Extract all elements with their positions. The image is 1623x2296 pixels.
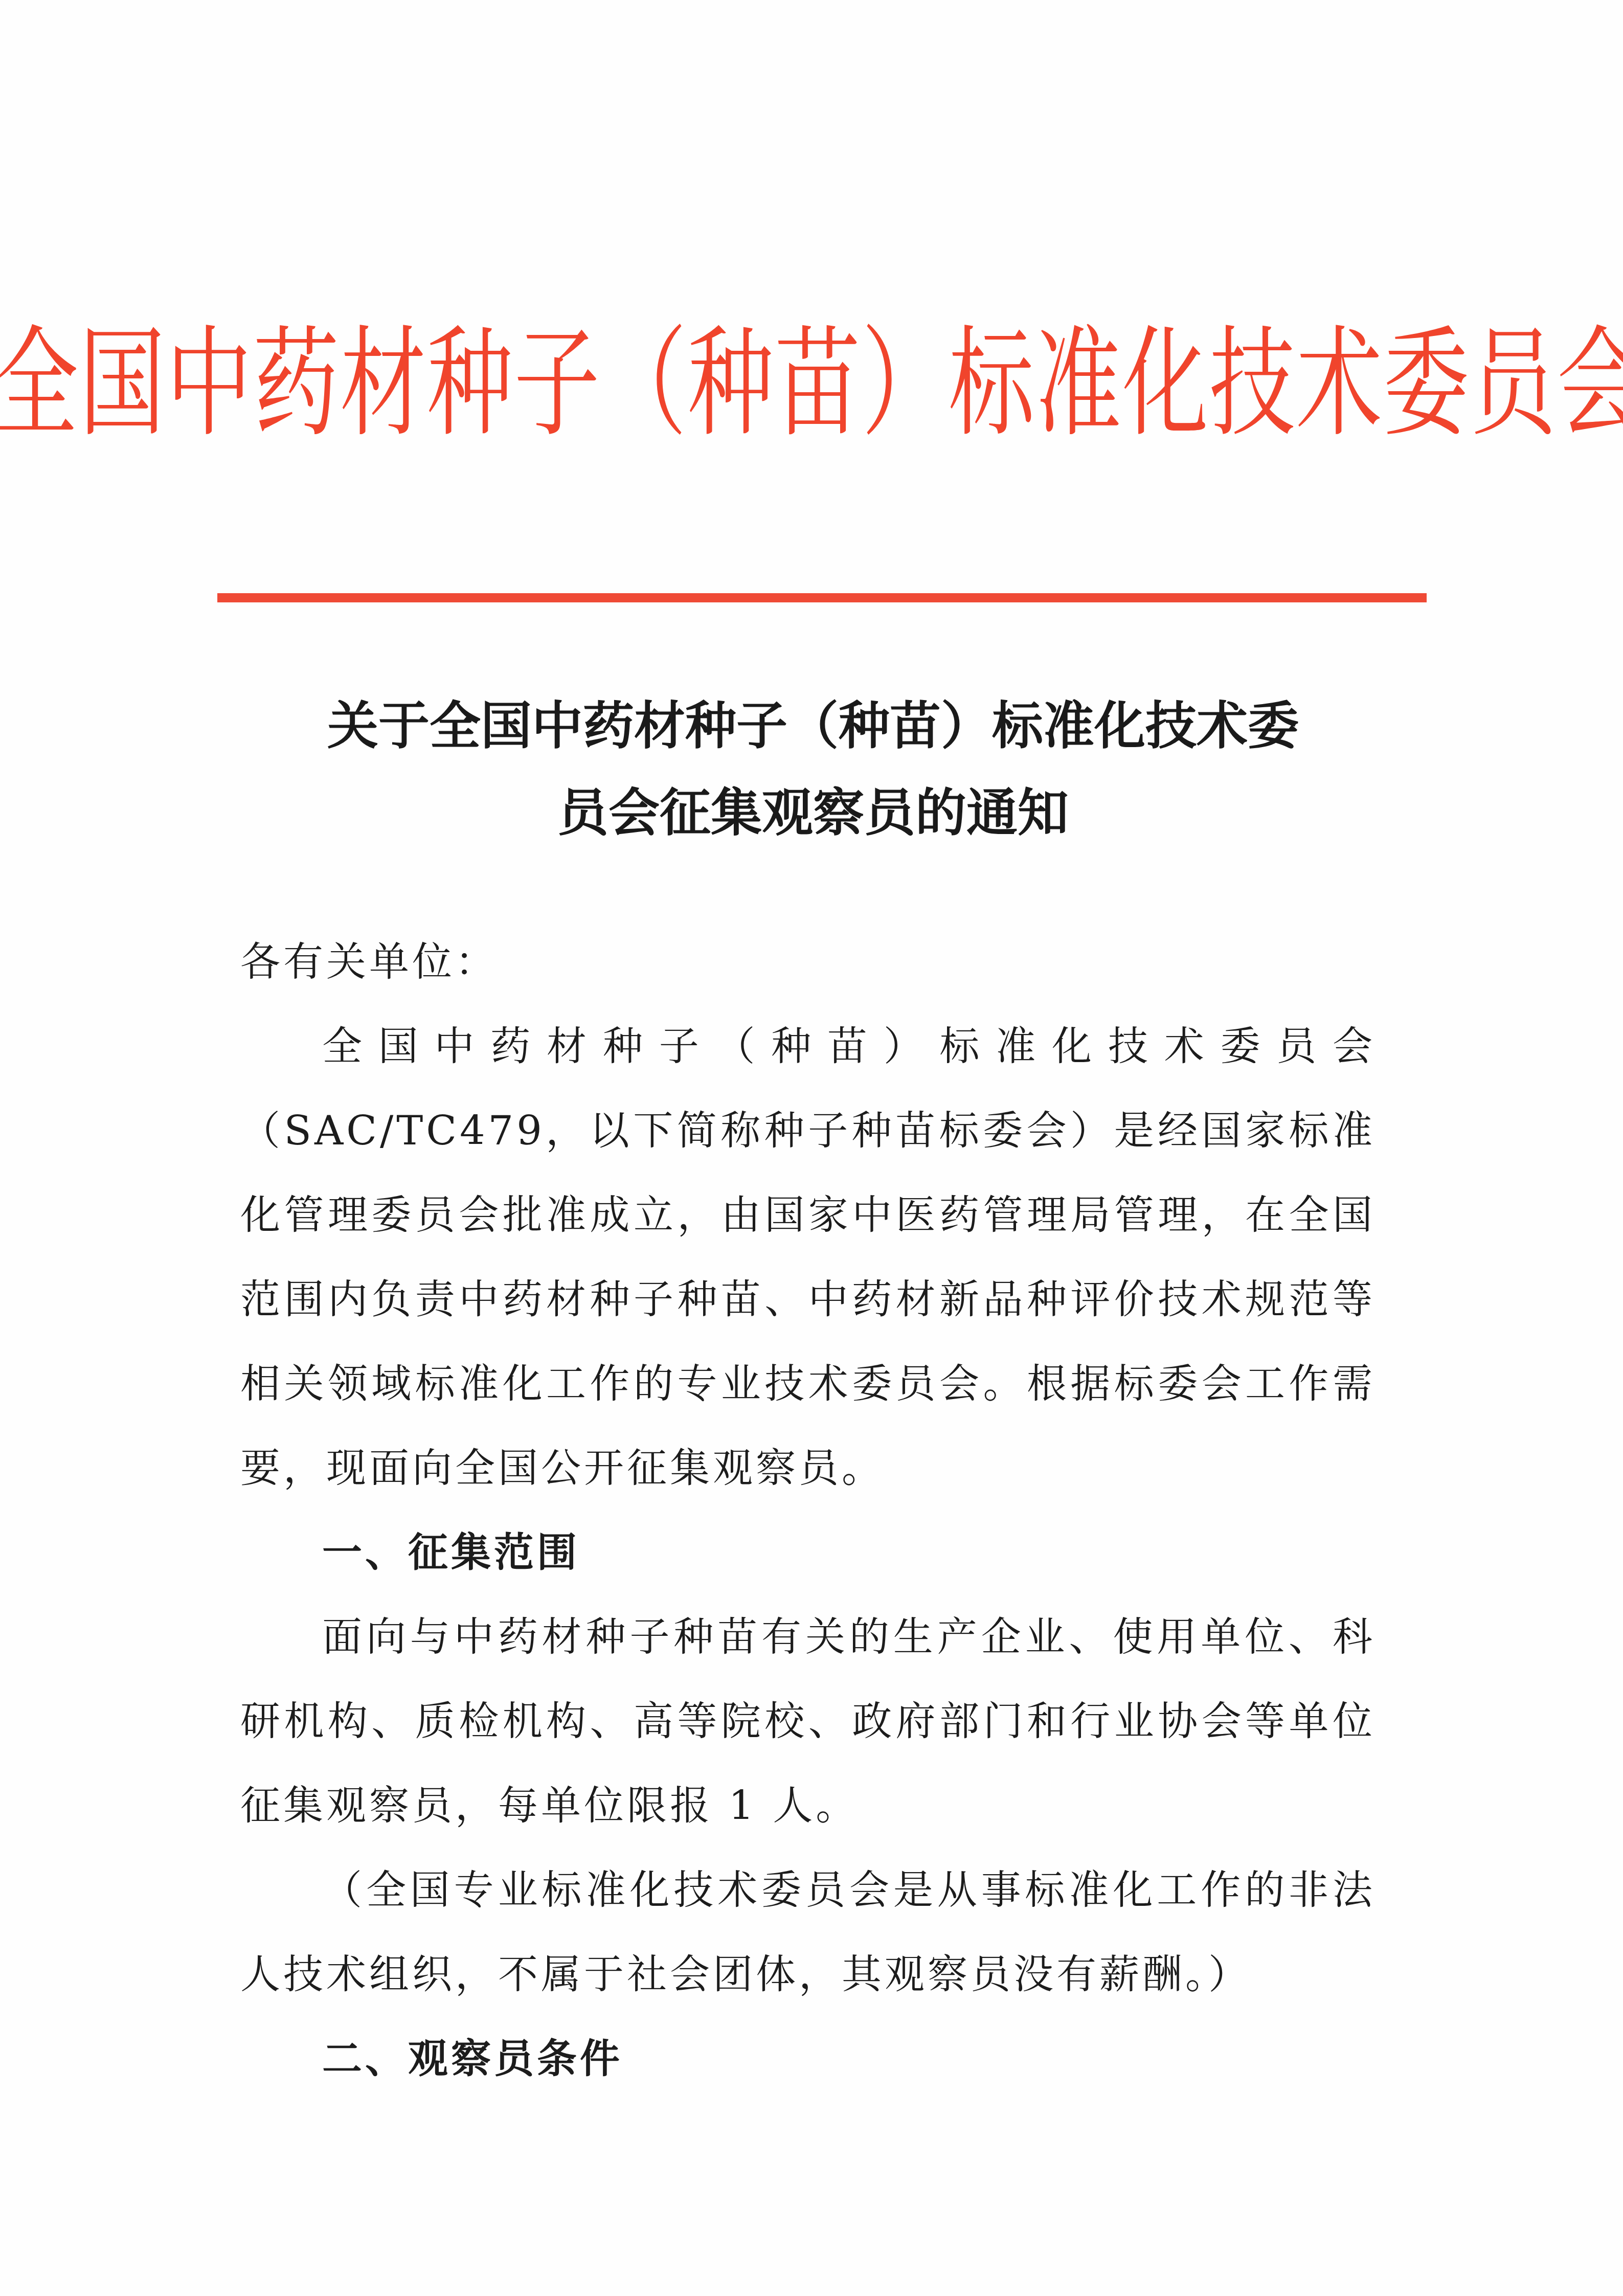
document-title-line-1: 关于全国中药材种子（种苗）标准化技术委 — [225, 695, 1401, 757]
salutation: 各有关单位： — [240, 920, 1376, 1005]
document-page: 全国中药材种子（种苗）标准化技术委员会 关于全国中药材种子（种苗）标准化技术委 … — [0, 0, 1623, 2296]
section-heading-conditions: 二、观察员条件 — [240, 2017, 1376, 2102]
intro-paragraph: 全国中药材种子（种苗）标准化技术委员会（SAC/TC479，以下简称种子种苗标委… — [240, 1005, 1376, 1511]
document-title-line-2: 员会征集观察员的通知 — [225, 782, 1401, 844]
scope-note-paragraph: （全国专业标准化技术委员会是从事标准化工作的非法人技术组织，不属于社会团体，其观… — [240, 1849, 1376, 2017]
scope-paragraph: 面向与中药材种子种苗有关的生产企业、使用单位、科研机构、质检机构、高等院校、政府… — [240, 1595, 1376, 1849]
document-body: 各有关单位： 全国中药材种子（种苗）标准化技术委员会（SAC/TC479，以下简… — [240, 920, 1376, 2102]
letterhead-org-name: 全国中药材种子（种苗）标准化技术委员会 — [225, 278, 1411, 489]
red-divider-rule — [217, 593, 1427, 602]
section-heading-scope: 一、征集范围 — [240, 1511, 1376, 1595]
